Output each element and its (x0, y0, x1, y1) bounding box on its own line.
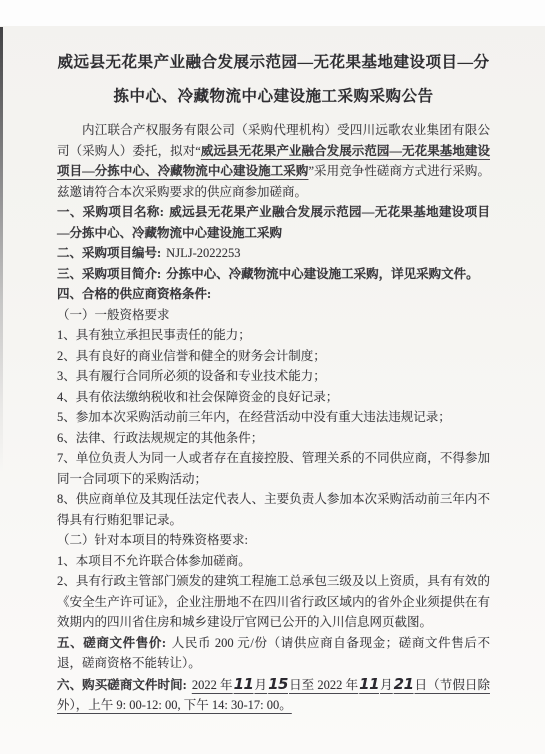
six-part4: 月 (380, 678, 393, 692)
handwritten-day-2: 21 (393, 675, 415, 693)
six-part3: 日至 2022 年 (289, 678, 358, 692)
section-five: 五、磋商文件售价:人民币 200 元/份（请供应商自备现金；磋商文件售后不退，磋… (57, 633, 490, 674)
document-title: 威远县无花果产业融合发展示范园—无花果基地建设项目—分 拣中心、冷藏物流中心建设… (57, 46, 490, 114)
section-three: 三、采购项目简介:分拣中心、冷藏物流中心建设施工采购，详见采购文件。 (57, 264, 490, 285)
general-requirement-item-1: 1、具有独立承担民事责任的能力； (57, 325, 490, 346)
special-requirement-item-1: 1、本项目不允许联合体参加磋商。 (57, 551, 490, 572)
general-requirement-item-2: 2、具有良好的商业信誉和健全的财务会计制度； (57, 346, 490, 367)
six-part2: 月 (254, 678, 267, 692)
general-requirement-item-4: 4、具有依法缴纳税收和社会保障资金的良好记录； (57, 387, 490, 408)
section-two: 二、采购项目编号:NJLJ-2022253 (57, 243, 490, 264)
intro-paragraph: 内江联合产权服务有限公司（采购代理机构）受四川远歌农业集团有限公司（采购人）委托… (57, 120, 490, 202)
scanned-document-page: 威远县无花果产业融合发展示范园—无花果基地建设项目—分 拣中心、冷藏物流中心建设… (0, 0, 545, 754)
section-six-label: 六、购买磋商文件时间: (57, 678, 187, 692)
general-requirement-item-7: 7、单位负责人为同一人或者存在直接控股、管理关系的不同供应商，不得参加同一合同项… (57, 448, 490, 489)
general-requirements-header: （一）一般资格要求 (57, 305, 490, 326)
six-part1: 2022 年 (192, 678, 233, 692)
special-requirements-header: （二）针对本项目的特殊资格要求: (57, 530, 490, 551)
handwritten-month-2: 11 (358, 675, 380, 693)
section-three-text: 分拣中心、冷藏物流中心建设施工采购，详见采购文件。 (166, 267, 479, 281)
handwritten-month-1: 11 (233, 675, 255, 693)
section-five-label: 五、磋商文件售价: (57, 636, 166, 650)
section-two-label: 二、采购项目编号: (57, 246, 161, 260)
special-requirement-item-2: 2、具有行政主管部门颁发的建筑工程施工总承包三级及以上资质，具有有效的《安全生产… (57, 571, 490, 633)
section-three-label: 三、采购项目简介: (57, 267, 161, 281)
paper-edge-shadow (0, 27, 3, 472)
document-title-line1: 威远县无花果产业融合发展示范园—无花果基地建设项目—分 (57, 46, 490, 80)
general-requirement-item-5: 5、参加本次采购活动前三年内，在经营活动中没有重大违法违规记录； (57, 407, 490, 428)
general-requirement-item-6: 6、法律、行政法规规定的其他条件； (57, 428, 490, 449)
handwritten-day-1: 15 (267, 675, 289, 693)
scanner-background-band (0, 0, 545, 26)
announcement-document: 威远县无花果产业融合发展示范园—无花果基地建设项目—分 拣中心、冷藏物流中心建设… (57, 46, 490, 716)
general-requirement-item-8: 8、供应商单位及其现任法定代表人、主要负责人参加本次采购活动前三年内不得具有行贿… (57, 489, 490, 530)
section-one-label: 一、采购项目名称: (57, 205, 164, 219)
general-requirement-item-3: 3、具有履行合同所必须的设备和专业技术能力； (57, 366, 490, 387)
project-number: NJLJ-2022253 (166, 246, 240, 260)
section-four-label: 四、合格的供应商资格条件: (57, 284, 490, 305)
section-six: 六、购买磋商文件时间:2022 年11月15日至 2022 年11月21日（节假… (57, 674, 490, 716)
document-title-line2: 拣中心、冷藏物流中心建设施工采购采购公告 (57, 80, 490, 114)
section-one: 一、采购项目名称:威远县无花果产业融合发展示范园—无花果基地建设项目—分拣中心、… (57, 202, 490, 243)
